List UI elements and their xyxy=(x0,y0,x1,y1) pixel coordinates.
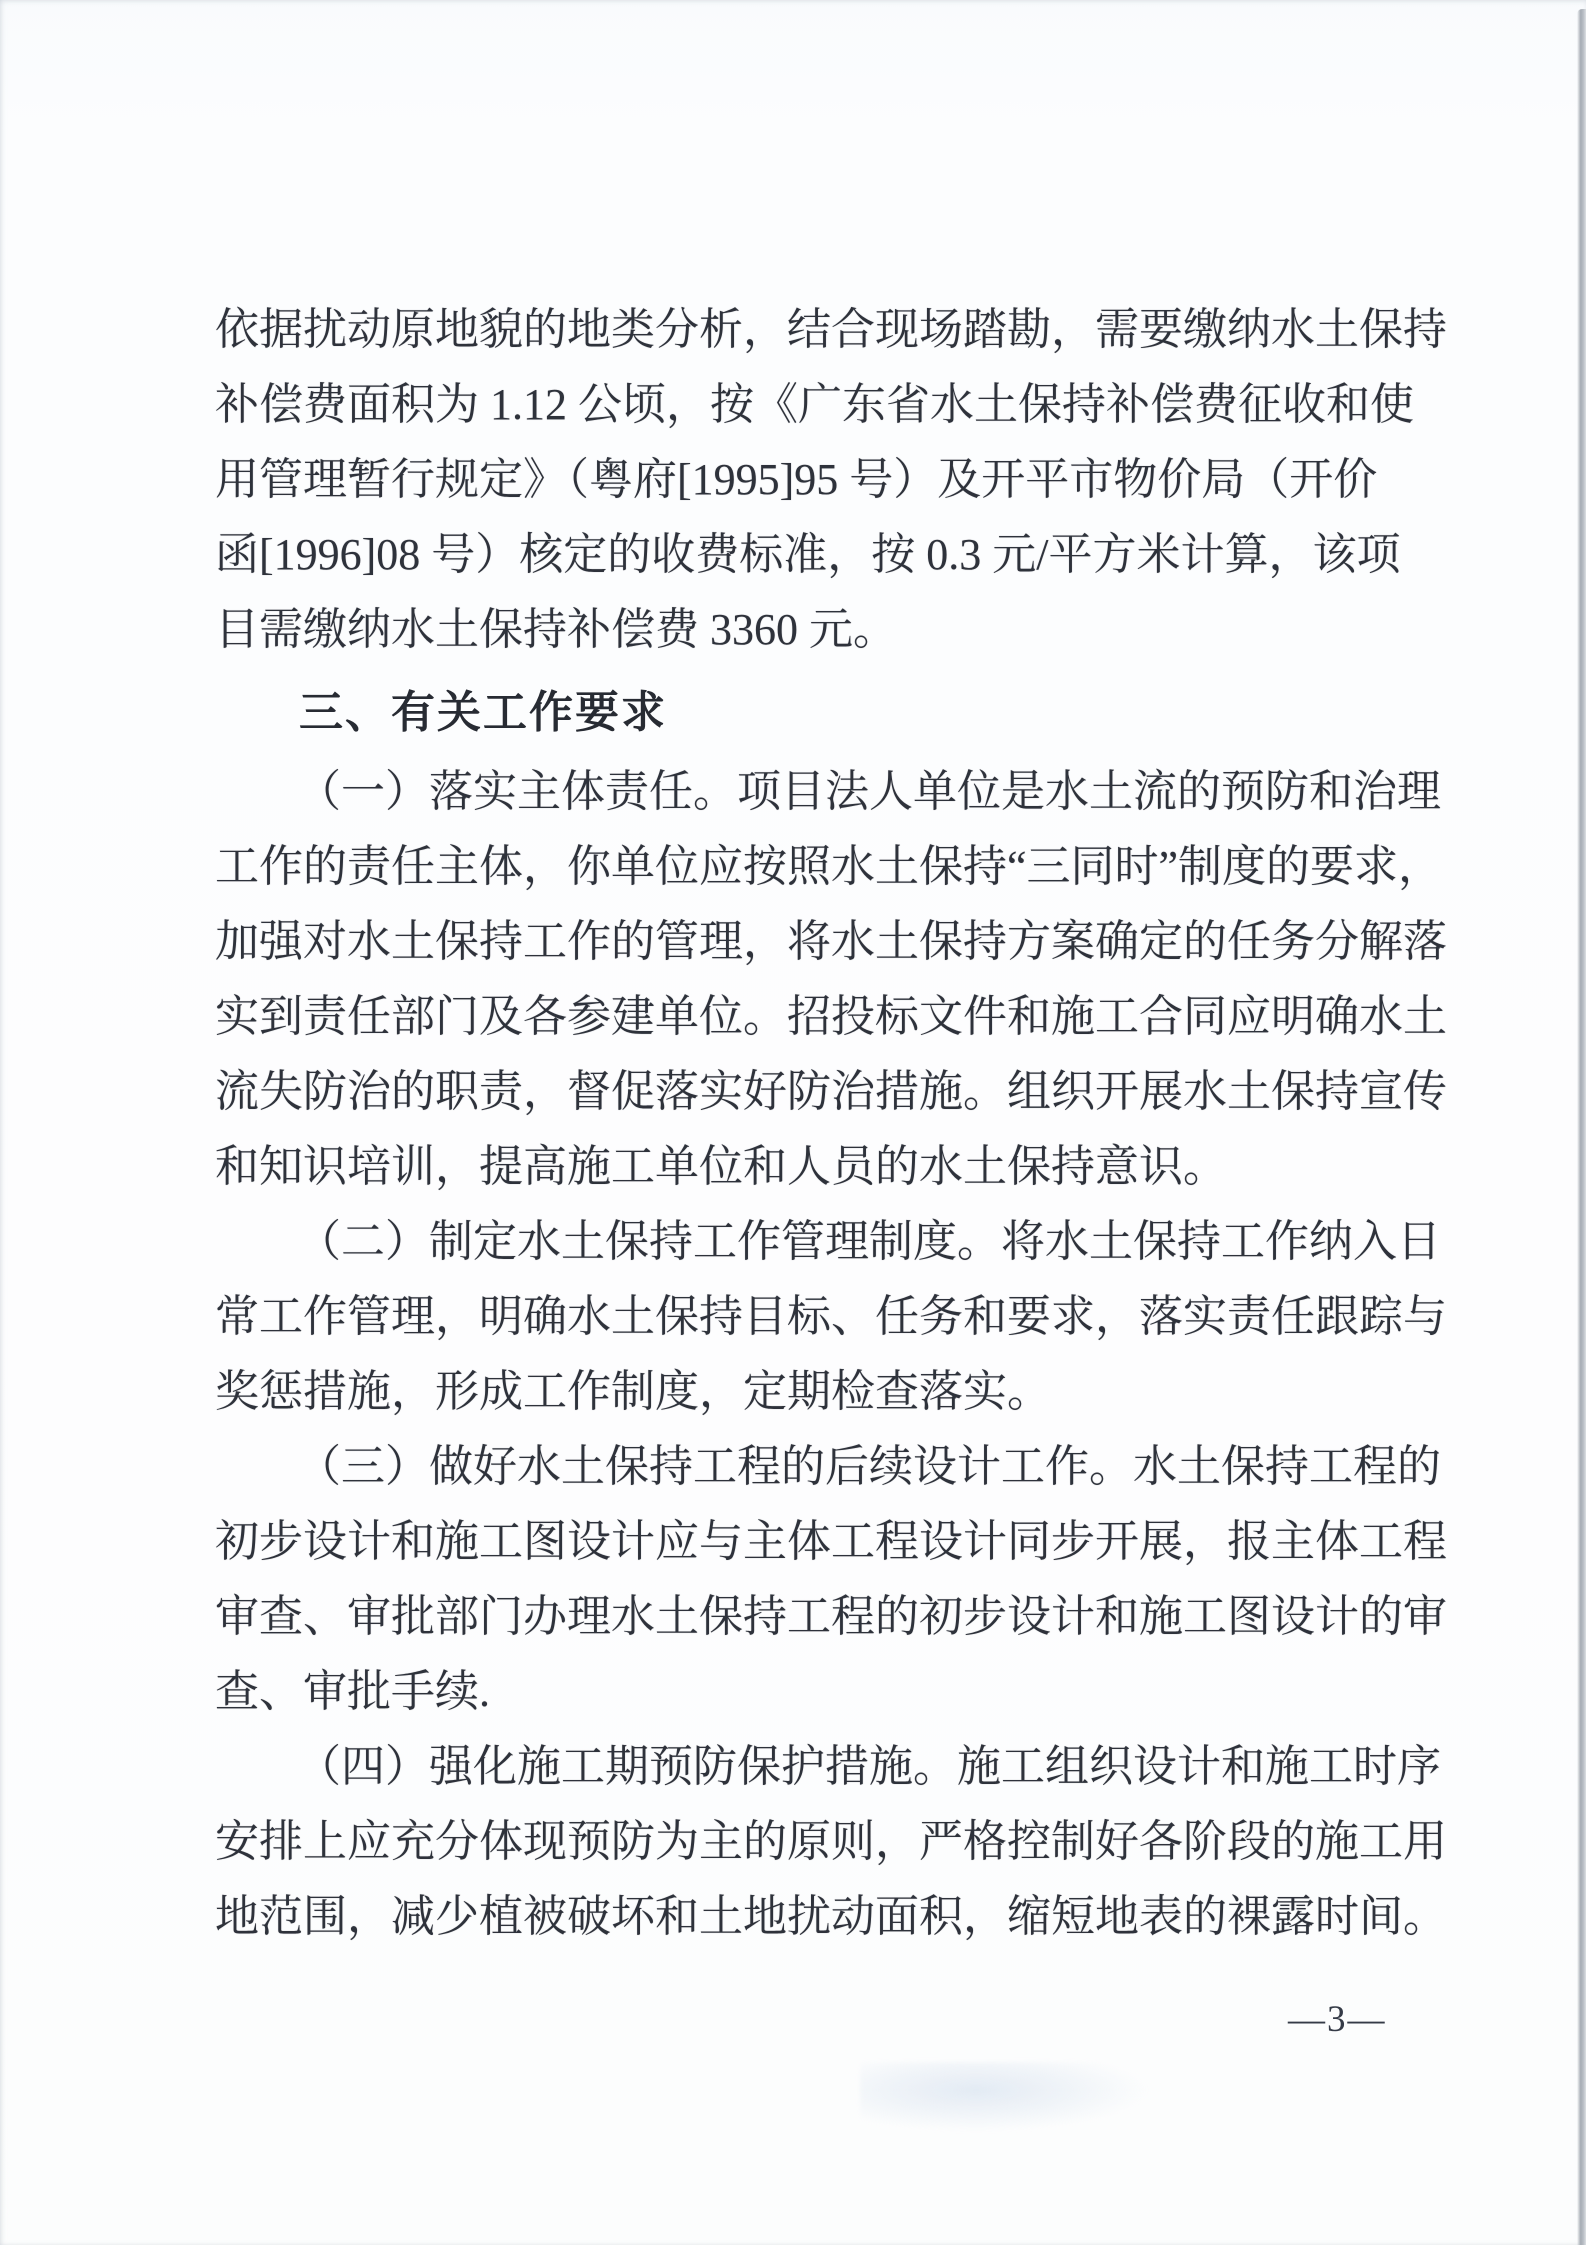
paragraph-start-line: （二）制定水土保持工作管理制度。将水土保持工作纳入日 xyxy=(215,1204,1515,1279)
text-line: 和知识培训，提高施工单位和人员的水土保持意识。 xyxy=(215,1129,1515,1204)
text-line: 用管理暂行规定》（粤府[1995]95 号）及开平市物价局（开价 xyxy=(215,442,1515,517)
text-line: 查、审批手续. xyxy=(215,1654,1515,1729)
text-line: 目需缴纳水土保持补偿费 3360 元。 xyxy=(215,592,1515,667)
text-line: 加强对水土保持工作的管理，将水土保持方案确定的任务分解落 xyxy=(215,904,1515,979)
paragraph-start-line: （一）落实主体责任。项目法人单位是水土流的预防和治理 xyxy=(215,754,1515,829)
text-line: 审查、审批部门办理水土保持工程的初步设计和施工图设计的审 xyxy=(215,1579,1515,1654)
scan-smudge-artifact xyxy=(860,2062,1150,2132)
document-page: 依据扰动原地貌的地类分析，结合现场踏勘，需要缴纳水土保持 补偿费面积为 1.12… xyxy=(0,0,1586,2245)
text-line: 补偿费面积为 1.12 公顷，按《广东省水土保持补偿费征收和使 xyxy=(215,367,1515,442)
text-line: 函[1996]08 号）核定的收费标准，按 0.3 元/平方米计算，该项 xyxy=(215,517,1515,592)
page-number: —3— xyxy=(1288,1998,1387,2041)
body-text: 依据扰动原地貌的地类分析，结合现场踏勘，需要缴纳水土保持 补偿费面积为 1.12… xyxy=(215,292,1515,1954)
text-line: 常工作管理，明确水土保持目标、任务和要求，落实责任跟踪与 xyxy=(215,1279,1515,1354)
scan-edge-artifact xyxy=(1577,9,1586,2245)
text-line: 奖惩措施，形成工作制度，定期检查落实。 xyxy=(215,1354,1515,1429)
text-line: 初步设计和施工图设计应与主体工程设计同步开展，报主体工程 xyxy=(215,1504,1515,1579)
text-line: 工作的责任主体，你单位应按照水土保持“三同时”制度的要求， xyxy=(215,829,1515,904)
text-line: 流失防治的职责，督促落实好防治措施。组织开展水土保持宣传 xyxy=(215,1054,1515,1129)
paragraph-start-line: （三）做好水土保持工程的后续设计工作。水土保持工程的 xyxy=(215,1429,1515,1504)
paragraph-start-line: （四）强化施工期预防保护措施。施工组织设计和施工时序 xyxy=(215,1729,1515,1804)
text-line: 安排上应充分体现预防为主的原则，严格控制好各阶段的施工用 xyxy=(215,1804,1515,1879)
text-line: 依据扰动原地貌的地类分析，结合现场踏勘，需要缴纳水土保持 xyxy=(215,292,1515,367)
text-line: 地范围，减少植被破坏和土地扰动面积，缩短地表的裸露时间。 xyxy=(215,1879,1515,1954)
text-line: 实到责任部门及各参建单位。招投标文件和施工合同应明确水土 xyxy=(215,979,1515,1054)
section-heading: 三、有关工作要求 xyxy=(215,675,1515,750)
